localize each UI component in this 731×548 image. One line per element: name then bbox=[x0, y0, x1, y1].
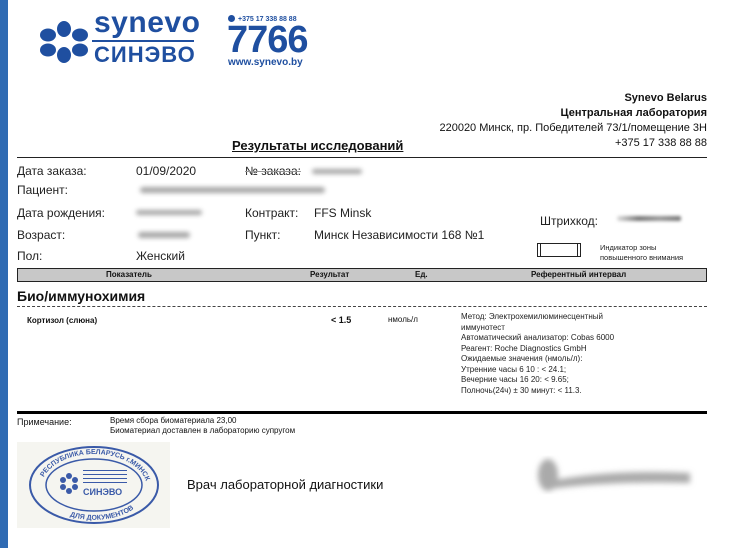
order-date-label: Дата заказа: bbox=[17, 164, 87, 178]
ref-line: Реагент: Roche Diagnostics GmbH bbox=[461, 344, 614, 355]
left-accent-bar bbox=[0, 0, 8, 548]
note-text: Время сбора биоматериала 23,00 Биоматери… bbox=[110, 416, 295, 436]
lab-phone: +375 17 338 88 88 bbox=[439, 136, 707, 151]
ref-line: Полночь(24ч) ± 30 минут: < 11.3. bbox=[461, 386, 614, 397]
header-divider bbox=[17, 157, 707, 158]
brand-name-latin: synevo bbox=[94, 8, 200, 38]
col-header-result: Результат bbox=[310, 270, 349, 279]
order-date-value: 01/09/2020 bbox=[136, 164, 196, 178]
contract-value: FFS Minsk bbox=[314, 206, 371, 220]
stamp-seal-icon: РЕСПУБЛИКА БЕЛАРУСЬ г.МИНСК ДЛЯ ДОКУМЕНТ… bbox=[27, 444, 161, 526]
point-value: Минск Независимости 168 №1 bbox=[314, 228, 484, 242]
section-title: Био/иммунохимия bbox=[17, 288, 145, 304]
redacted-order-no bbox=[312, 169, 362, 174]
lab-address: 220020 Минск, пр. Победителей 73/1/помещ… bbox=[439, 121, 707, 136]
synevo-flower-logo-icon bbox=[38, 20, 90, 64]
page-title: Результаты исследований bbox=[232, 138, 403, 153]
official-stamp: РЕСПУБЛИКА БЕЛАРУСЬ г.МИНСК ДЛЯ ДОКУМЕНТ… bbox=[17, 442, 170, 528]
lab-info: Synevo Belarus Центральная лаборатория 2… bbox=[439, 91, 707, 151]
attention-zone-label: Индикатор зоны повышенного внимания bbox=[600, 243, 683, 263]
section-divider bbox=[17, 306, 707, 307]
results-table-header: Показатель Результат Ед. Референтный инт… bbox=[17, 268, 707, 282]
age-label: Возраст: bbox=[17, 228, 65, 242]
ref-line: иммунотест bbox=[461, 323, 614, 334]
ref-line: Утренние часы 6 10 : < 24.1; bbox=[461, 365, 614, 376]
col-header-unit: Ед. bbox=[415, 270, 428, 279]
point-label: Пункт: bbox=[245, 228, 280, 242]
table-end-divider bbox=[17, 411, 707, 414]
test-result: < 1.5 bbox=[331, 315, 351, 325]
attention-zone-label-line2: повышенного внимания bbox=[600, 253, 683, 263]
redacted-barcode bbox=[617, 216, 681, 221]
note-line: Биоматериал доставлен в лабораторию супр… bbox=[110, 426, 295, 436]
svg-text:СИНЭВО: СИНЭВО bbox=[83, 487, 122, 497]
ref-line: Автоматический анализатор: Cobas 6000 bbox=[461, 333, 614, 344]
lab-company: Synevo Belarus bbox=[439, 91, 707, 106]
ref-line: Вечерние часы 16 20: < 9.65; bbox=[461, 375, 614, 386]
patient-label: Пациент: bbox=[17, 183, 68, 197]
redacted-birth-date bbox=[136, 210, 202, 215]
short-number: 7766 bbox=[227, 22, 308, 58]
order-no-label: № заказа: bbox=[245, 164, 301, 178]
redacted-signature bbox=[530, 455, 700, 495]
website-link[interactable]: www.synevo.by bbox=[228, 57, 303, 68]
redacted-patient-name bbox=[140, 187, 325, 193]
note-line: Время сбора биоматериала 23,00 bbox=[110, 416, 295, 426]
ref-line: Ожидаемые значения (нмоль/л): bbox=[461, 354, 614, 365]
doctor-role: Врач лабораторной диагностики bbox=[187, 477, 383, 492]
col-header-reference: Референтный интервал bbox=[531, 270, 626, 279]
sex-value: Женский bbox=[136, 249, 185, 263]
contract-label: Контракт: bbox=[245, 206, 298, 220]
attention-zone-indicator bbox=[537, 243, 581, 257]
redacted-age bbox=[138, 232, 190, 238]
note-label: Примечание: bbox=[17, 417, 72, 427]
attention-zone-label-line1: Индикатор зоны bbox=[600, 243, 683, 253]
sex-label: Пол: bbox=[17, 249, 42, 263]
reference-interval: Метод: Электрохемилюминесцентный иммунот… bbox=[461, 312, 614, 396]
col-header-indicator: Показатель bbox=[106, 270, 152, 279]
test-name: Кортизол (слюна) bbox=[27, 316, 97, 325]
brand-name-cyrillic: СИНЭВО bbox=[94, 44, 196, 66]
lab-department: Центральная лаборатория bbox=[439, 106, 707, 121]
ref-line: Метод: Электрохемилюминесцентный bbox=[461, 312, 614, 323]
test-unit: нмоль/л bbox=[388, 315, 418, 324]
barcode-label: Штрихкод: bbox=[540, 214, 598, 228]
birth-date-label: Дата рождения: bbox=[17, 206, 105, 220]
